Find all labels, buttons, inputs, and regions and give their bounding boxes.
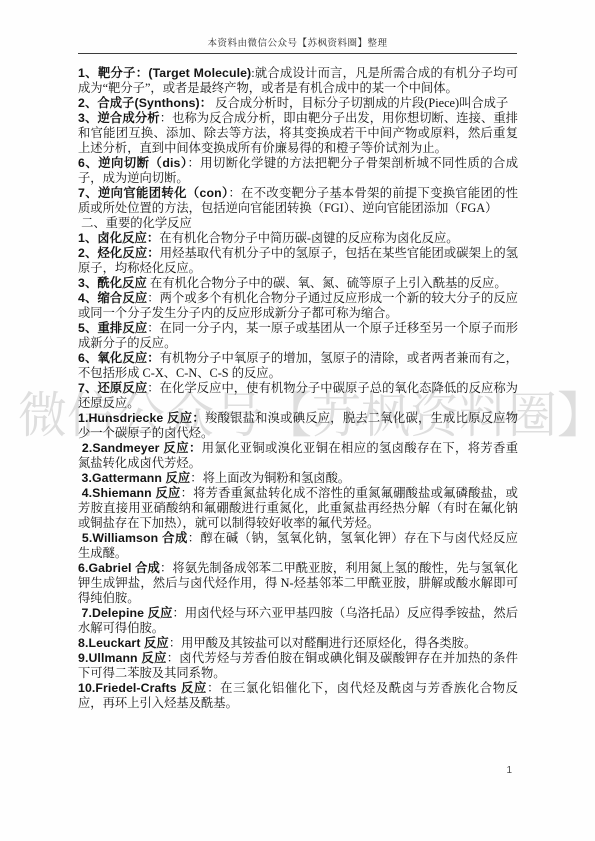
paragraph: 7.Delepine 反应：用卤代烃与环六亚甲基四胺（乌洛托品）反应得季铵盐，然… xyxy=(78,606,518,636)
paragraph: 2、烃化反应：用烃基取代有机分子中的氢原子，包括在某些官能团或碳架上的氢原子，均… xyxy=(78,246,518,276)
term-lead: 2、烃化反应： xyxy=(78,246,160,260)
header-divider xyxy=(78,53,517,54)
paragraph: 9.Ullmann 反应：卤代芳烃与芳香伯胺在铜或碘化铜及碳酸钾存在并加热的条件… xyxy=(78,651,518,681)
term-lead: 2、合成子(Synthons)： xyxy=(78,96,212,110)
term-text: 在有机化合物分子中简历碳-卤键的反应称为卤化反应。 xyxy=(159,231,458,245)
paragraph: 二、重要的化学反应 xyxy=(78,216,518,231)
term-text: ：用甲酸及其铵盐可以对醛酮进行还原烃化，得各类胺。 xyxy=(169,636,476,650)
term-lead: 1、卤化反应： xyxy=(78,231,159,245)
paragraph: 5.Williamson 合成：醇在碱（钠，氢氧化钠，氢氧化钾）存在下与卤代烃反… xyxy=(78,531,518,561)
paragraph: 2.Sandmeyer 反应：用氯化亚铜或溴化亚铜在相应的氢卤酸存在下，将芳香重… xyxy=(78,441,518,471)
paragraph: 3.Gattermann 反应：将上面改为铜粉和氢卤酸。 xyxy=(78,471,518,486)
paragraph: 6.Gabriel 合成：将氨先制备成邻苯二甲酰亚胺，利用氮上氢的酸性，先与氢氧… xyxy=(78,561,518,606)
paragraph: 6、氧化反应：有机物分子中氧原子的增加，氢原子的清除，或者两者兼而有之，不包括形… xyxy=(78,351,518,381)
term-lead: 4、缩合反应 xyxy=(78,291,147,305)
term-lead: 3.Gattermann 反应 xyxy=(78,471,190,485)
paragraph: 7、逆向官能团转化（con）：在不改变靶分子基本骨架的前提下变换官能团的性质或所… xyxy=(78,186,518,216)
term-lead: 5、重排反应 xyxy=(78,321,147,335)
term-lead: 6、氧化反应： xyxy=(78,351,160,365)
document-body: 1、靶分子：(Target Molecule):就合成设计而言，凡是所需合成的有… xyxy=(78,66,518,711)
page-number: 1 xyxy=(78,765,512,776)
document-page: 本资料由微信公众号【苏枫资料圈】整理 微信公众号【苏枫资料圈】 1、靶分子：(T… xyxy=(0,0,595,841)
term-lead: 2.Sandmeyer 反应： xyxy=(78,441,202,455)
term-lead: 7.Delepine 反应 xyxy=(78,606,173,620)
term-lead: 7、逆向官能团转化（con） xyxy=(78,186,229,200)
term-text: 二、重要的化学反应 xyxy=(78,216,192,230)
term-lead: 9.Ullmann 反应 xyxy=(78,651,167,665)
term-lead: 5.Williamson 合成 xyxy=(78,531,188,545)
term-lead: 1.Hunsdriecke 反应： xyxy=(78,411,205,425)
term-text: 在有机化合物分子中的碳、氧、氮、硫等原子上引入酰基的反应。 xyxy=(147,276,507,290)
term-lead: 4.Shiemann 反应 xyxy=(78,486,181,500)
term-text: 反合成分析时，目标分子切割成的片段(Piece)叫合成子 xyxy=(212,96,508,110)
term-text: ：将上面改为铜粉和氢卤酸。 xyxy=(190,471,350,485)
paragraph: 4、缩合反应：两个或多个有机化合物分子通过反应形成一个新的较大分子的反应或同一个… xyxy=(78,291,518,321)
page-header-note: 本资料由微信公众号【苏枫资料圈】整理 xyxy=(0,35,595,49)
term-lead: 6.Gabriel 合成 xyxy=(78,561,160,575)
term-lead: 8.Leuckart 反应 xyxy=(78,636,169,650)
paragraph: 1、靶分子：(Target Molecule):就合成设计而言，凡是所需合成的有… xyxy=(78,66,518,96)
paragraph: 1.Hunsdriecke 反应：羧酸银盐和溴或碘反应，脱去二氧化碳，生成比原反… xyxy=(78,411,518,441)
term-lead: 7、还原反应 xyxy=(78,381,147,395)
paragraph: 3、逆合成分析：也称为反合成分析，即由靶分子出发，用你想切断、连接、重排和官能团… xyxy=(78,111,518,156)
paragraph: 7、还原反应：在化学反应中，使有机物分子中碳原子总的氧化态降低的反应称为还原反应… xyxy=(78,381,518,411)
paragraph: 3、酰化反应 在有机化合物分子中的碳、氧、氮、硫等原子上引入酰基的反应。 xyxy=(78,276,518,291)
paragraph: 4.Shiemann 反应：将芳香重氮盐转化成不溶性的重氮氟硼酸盐或氟磷酸盐，或… xyxy=(78,486,518,531)
paragraph: 1、卤化反应：在有机化合物分子中简历碳-卤键的反应称为卤化反应。 xyxy=(78,231,518,246)
term-lead: 3、逆合成分析 xyxy=(78,111,160,125)
paragraph: 5、重排反应：在同一分子内，某一原子或基团从一个原子迁移至另一个原子而形成新分子… xyxy=(78,321,518,351)
paragraph: 8.Leuckart 反应：用甲酸及其铵盐可以对醛酮进行还原烃化，得各类胺。 xyxy=(78,636,518,651)
term-lead: 3、酰化反应 xyxy=(78,276,147,290)
term-lead: 6、逆向切断（dis） xyxy=(78,156,188,170)
paragraph: 6、逆向切断（dis）：用切断化学键的方法把靶分子骨架剖析城不同性质的合成子，成… xyxy=(78,156,518,186)
paragraph: 2、合成子(Synthons)： 反合成分析时，目标分子切割成的片段(Piece… xyxy=(78,96,518,111)
term-lead: 10.Friedel-Crafts 反应 xyxy=(78,681,207,695)
term-lead: 1、靶分子：(Target Molecule) xyxy=(78,66,251,80)
paragraph: 10.Friedel-Crafts 反应：在三氯化铝催化下，卤代烃及酰卤与芳香族… xyxy=(78,681,518,711)
